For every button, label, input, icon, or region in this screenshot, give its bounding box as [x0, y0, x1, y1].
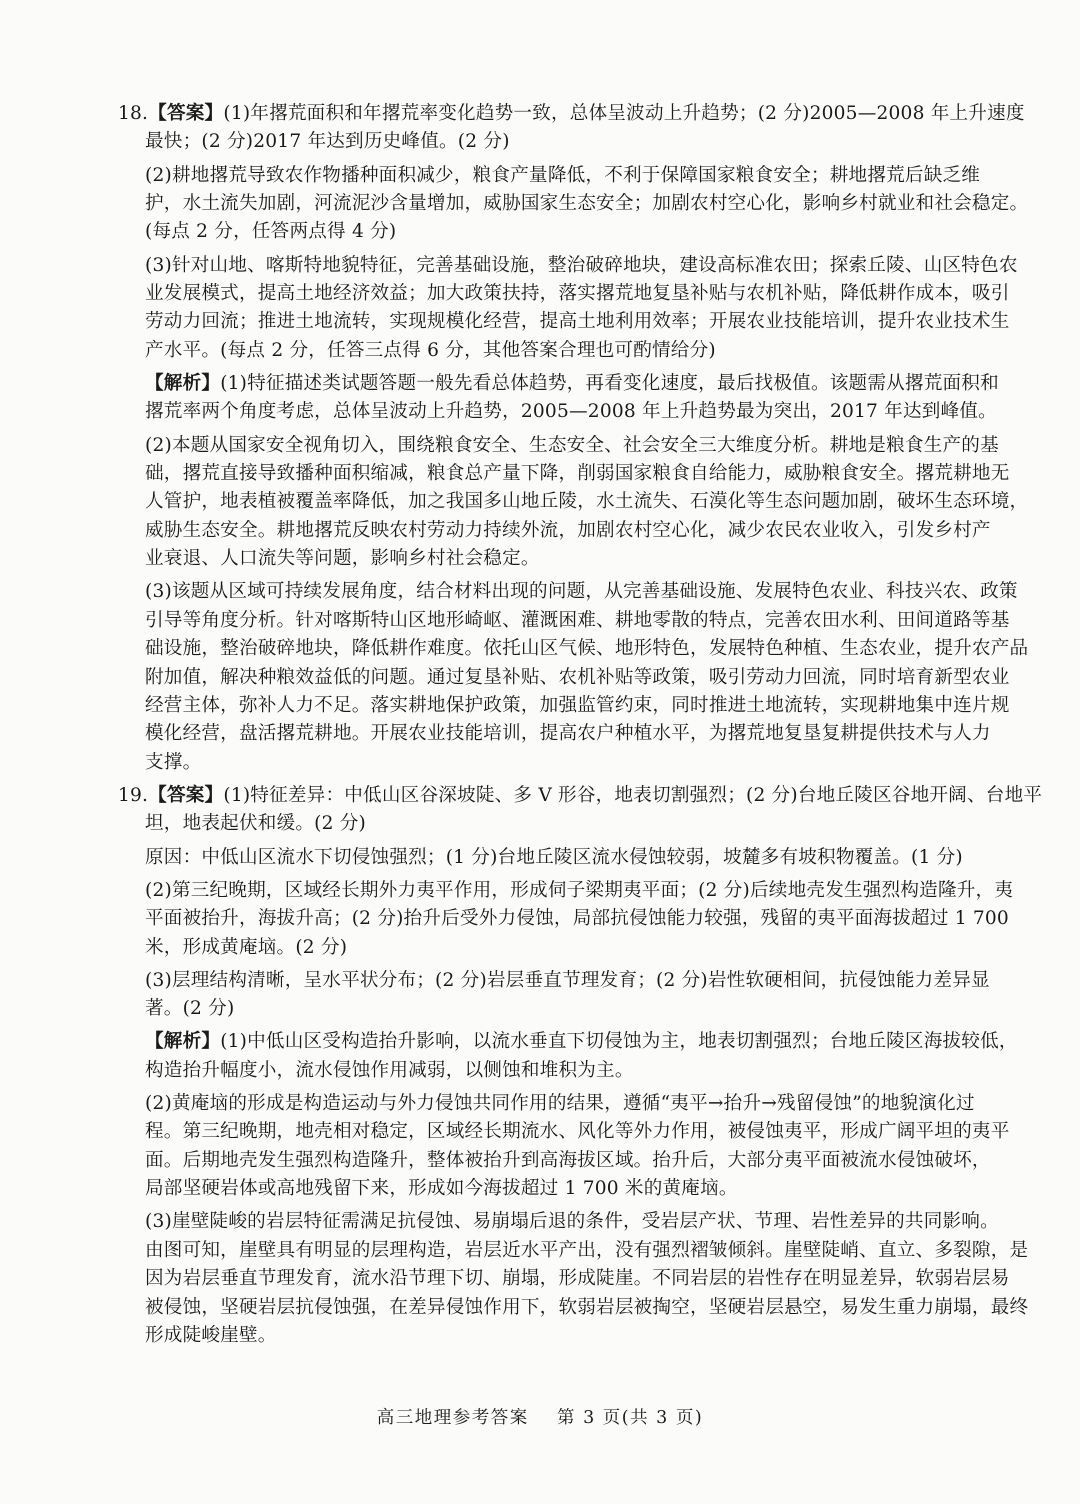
q19-analysis-line: 形成陡峻崖壁。	[145, 1322, 973, 1350]
q19-answer-line: 坦，地表起伏和缓。(2 分)	[145, 810, 973, 838]
q19-answer-line: (2)第三纪晚期，区域经长期外力夷平作用，形成伺子梁期夷平面；(2 分)后续地壳…	[145, 877, 973, 905]
q19-analysis-line: 由图可知，崖壁具有明显的层理构造，岩层近水平产出，没有强烈褶皱倾斜。崖壁陡峭、直…	[145, 1237, 973, 1265]
q19-analysis-line: 构造抬升幅度小，流水侵蚀作用减弱，以侧蚀和堆积为主。	[145, 1057, 973, 1085]
q18-analysis-line: (2)本题从国家安全视角切入，围绕粮食安全、生态安全、社会安全三大维度分析。耕地…	[145, 432, 973, 460]
q18-answer-line: 劳动力回流；推进土地流转，实现规模化经营，提高土地利用效率；开展农业技能培训，提…	[145, 308, 973, 336]
q18-analysis-line: 础设施，整治破碎地块，降低耕作难度。依托山区气候、地形特色，发展特色种植、生态农…	[145, 635, 973, 663]
q19-analysis-line-1: 【解析】(1)中低山区受构造抬升影响，以流水垂直下切侵蚀为主，地表切割强烈；台地…	[145, 1028, 973, 1056]
question-number-19: 19.	[118, 782, 148, 810]
q19-answer-line: (3)层理结构清晰，呈水平状分布；(2 分)岩层垂直节理发育；(2 分)岩性软硬…	[145, 967, 973, 995]
q18-answer-line: 产水平。(每点 2 分，任答三点得 6 分，其他答案合理也可酌情给分)	[145, 337, 973, 365]
q18-answer-line: 最快；(2 分)2017 年达到历史峰值。(2 分)	[145, 128, 973, 156]
q18-analysis-line: 经营主体，弥补人力不足。落实耕地保护政策，加强监管约束，同时推进土地流转，实现耕…	[145, 692, 973, 720]
q18-analysis-line-1: 【解析】(1)特征描述类试题答题一般先看总体趋势，再看变化速度，最后找极值。该题…	[145, 370, 973, 398]
analysis-tag: 【解析】	[145, 373, 220, 394]
q19-analysis-line: 面。后期地壳发生强烈构造隆升，整体被抬升到高海拔区域。抬升后，大部分夷平面被流水…	[145, 1147, 973, 1175]
q18-answer-line-1: 18.【答案】(1)年撂荒面积和年撂荒率变化趋势一致，总体呈波动上升趋势；(2 …	[118, 100, 973, 128]
q19-answer-line: 著。(2 分)	[145, 995, 973, 1023]
page-footer: 高三地理参考答案 第 3 页(共 3 页)	[0, 1406, 1080, 1430]
q18-answer-line: (每点 2 分，任答两点得 4 分)	[145, 218, 973, 246]
q19-answer-line: 平面被抬升，海拔升高；(2 分)抬升后受外力侵蚀，局部抗侵蚀能力较强，残留的夷平…	[145, 905, 973, 933]
analysis-tag: 【解析】	[145, 1031, 220, 1052]
footer-page-number: 第 3 页(共 3 页)	[557, 1408, 703, 1428]
q18-answer-line: (3)针对山地、喀斯特地貌特征，完善基础设施，整治破碎地块，建设高标准农田；探索…	[145, 252, 973, 280]
q19-analysis-line: 被侵蚀，坚硬岩层抗侵蚀强，在差异侵蚀作用下，软弱岩层被掏空，坚硬岩层悬空，易发生…	[145, 1294, 973, 1322]
q18-analysis-line: (3)该题从区域可持续发展角度，结合材料出现的问题，从完善基础设施、发展特色农业…	[145, 578, 973, 606]
q19-analysis-line: 因为岩层垂直节理发育，流水沿节理下切、崩塌，形成陡崖。不同岩层的岩性存在明显差异…	[145, 1265, 973, 1293]
answer-key-page: 18.【答案】(1)年撂荒面积和年撂荒率变化趋势一致，总体呈波动上升趋势；(2 …	[0, 0, 1080, 1504]
answer-tag: 【答案】	[148, 103, 223, 124]
q18-analysis-line: 引导等角度分析。针对喀斯特山区地形崎岖、灌溉困难、耕地零散的特点，完善农田水利、…	[145, 607, 973, 635]
footer-title: 高三地理参考答案	[377, 1408, 529, 1428]
q18-analysis-line: 支撑。	[145, 749, 973, 777]
q18-answer-line: (2)耕地撂荒导致农作物播种面积减少，粮食产量降低，不利于保障国家粮食安全；耕地…	[145, 162, 973, 190]
q18-analysis-line: 业衰退、人口流失等问题，影响乡村社会稳定。	[145, 545, 973, 573]
q18-answer-line: 护，水土流失加剧，河流泥沙含量增加，威胁国家生态安全；加剧农村空心化，影响乡村就…	[145, 190, 973, 218]
q19-analysis-line: 局部坚硬岩体或高地残留下来，形成如今海拔超过 1 700 米的黄庵垴。	[145, 1175, 973, 1203]
q18-analysis-line: 模化经营，盘活撂荒耕地。开展农业技能培训，提高农户种植水平，为撂荒地复垦复耕提供…	[145, 720, 973, 748]
q18-answer-line: 业发展模式，提高土地经济效益；加大政策扶持，落实撂荒地复垦补贴与农机补贴，降低耕…	[145, 280, 973, 308]
q18-analysis-line: 威胁生态安全。耕地撂荒反映农村劳动力持续外流，加剧农村空心化，减少农民农业收入，…	[145, 517, 973, 545]
q19-analysis-line: 程。第三纪晚期，地壳相对稳定，区域经长期流水、风化等外力作用，被侵蚀夷平，形成广…	[145, 1118, 973, 1146]
q18-analysis-line: 人管护，地表植被覆盖率降低，加之我国多山地丘陵，水土流失、石漠化等生态问题加剧，…	[145, 488, 973, 516]
q19-answer-line: 米，形成黄庵垴。(2 分)	[145, 934, 973, 962]
q19-answer-line-1: 19.【答案】(1)特征差异：中低山区谷深坡陡、多 V 形谷，地表切割强烈；(2…	[118, 782, 973, 810]
question-number-18: 18.	[118, 100, 148, 128]
q18-analysis-line: 撂荒率两个角度考虑，总体呈波动上升趋势，2005—2008 年上升趋势最为突出，…	[145, 398, 973, 426]
q18-analysis-line: 础，撂荒直接导致播种面积缩减，粮食总产量下降，削弱国家粮食自给能力，威胁粮食安全…	[145, 460, 973, 488]
q18-analysis-line: 附加值，解决种粮效益低的问题。通过复垦补贴、农机补贴等政策，吸引劳动力回流，同时…	[145, 664, 973, 692]
answer-tag: 【答案】	[148, 785, 223, 806]
q19-analysis-line: (3)崖壁陡峻的岩层特征需满足抗侵蚀、易崩塌后退的条件，受岩层产状、节理、岩性差…	[145, 1208, 973, 1236]
q19-answer-line: 原因：中低山区流水下切侵蚀强烈；(1 分)台地丘陵区流水侵蚀较弱，坡麓多有坡积物…	[145, 844, 973, 872]
q19-analysis-line: (2)黄庵垴的形成是构造运动与外力侵蚀共同作用的结果，遵循“夷平→抬升→残留侵蚀…	[145, 1090, 973, 1118]
